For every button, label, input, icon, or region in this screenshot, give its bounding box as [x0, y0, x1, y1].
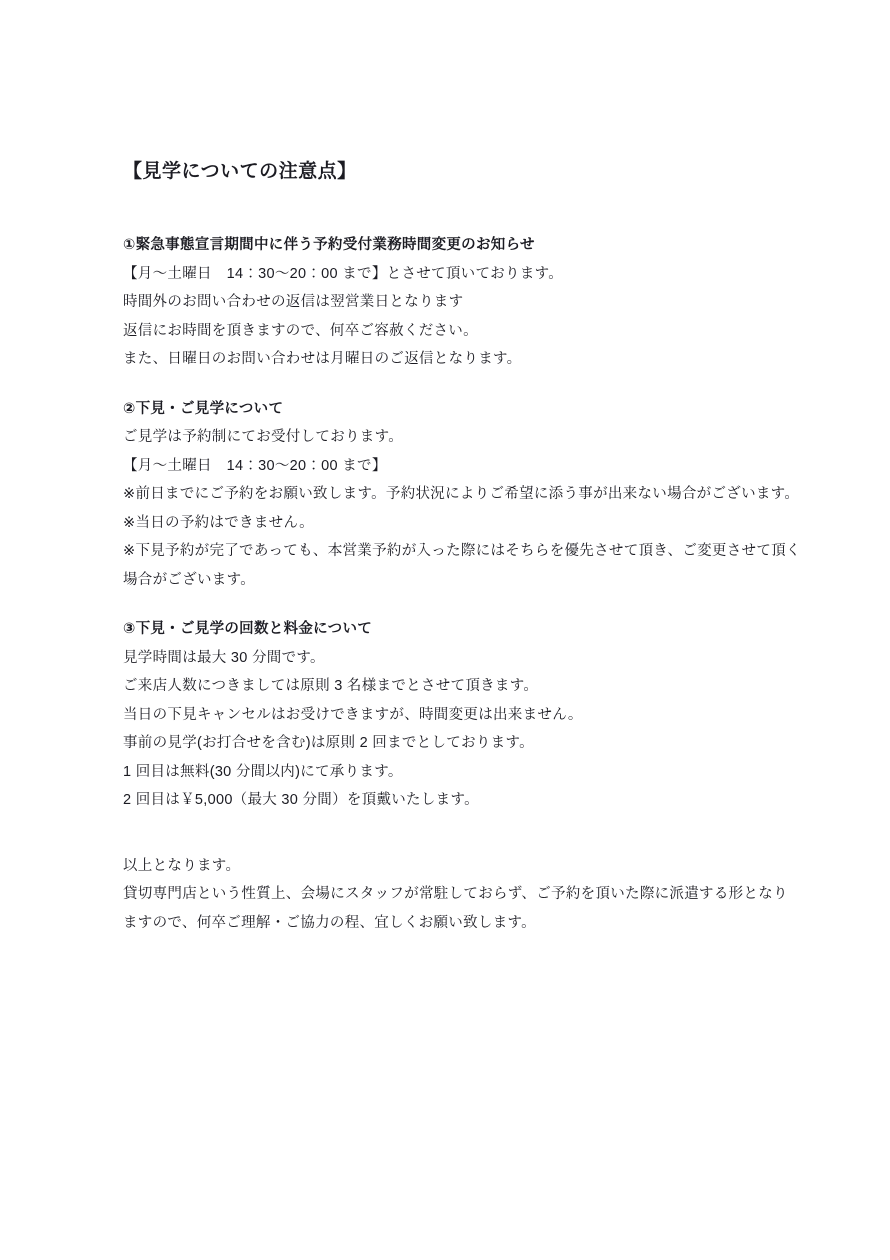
section-reception-hours: ①緊急事態宣言期間中に伴う予約受付業務時間変更のお知らせ 【月～土曜日 14：3…	[123, 231, 805, 374]
text-line: 返信にお時間を頂きますので、何卒ご容赦ください。	[123, 317, 801, 346]
text-line: ※前日までにご予約をお願い致します。予約状況によりご希望に添う事が出来ない場合が…	[123, 480, 801, 509]
text-line: 【月～土曜日 14：30～20：00 まで】とさせて頂いております。	[123, 260, 801, 289]
text-line: 貸切専門店という性質上、会場にスタッフが常駐しておらず、ご予約を頂いた際に派遣す…	[123, 880, 801, 937]
section-2-heading: ②下見・ご見学について	[123, 395, 805, 424]
closing-remarks: 以上となります。 貸切専門店という性質上、会場にスタッフが常駐しておらず、ご予約…	[123, 852, 805, 938]
text-line: ご見学は予約制にてお受付しております。	[123, 423, 801, 452]
document-page: 【見学についての注意点】 ①緊急事態宣言期間中に伴う予約受付業務時間変更のお知ら…	[0, 0, 890, 1260]
text-line: 当日の下見キャンセルはお受けできますが、時間変更は出来ません。	[123, 701, 801, 730]
section-1-heading: ①緊急事態宣言期間中に伴う予約受付業務時間変更のお知らせ	[123, 231, 805, 260]
text-line: ご来店人数につきましては原則 3 名様までとさせて頂きます。	[123, 672, 801, 701]
text-line: 2 回目は￥5,000（最大 30 分間）を頂戴いたします。	[123, 786, 801, 815]
text-line: また、日曜日のお問い合わせは月曜日のご返信となります。	[123, 345, 801, 374]
section-visit-count-fees: ③下見・ご見学の回数と料金について 見学時間は最大 30 分間です。 ご来店人数…	[123, 615, 805, 815]
text-line: ※当日の予約はできません。	[123, 509, 801, 538]
section-3-heading: ③下見・ご見学の回数と料金について	[123, 615, 805, 644]
text-line: 以上となります。	[123, 852, 801, 881]
text-line: 1 回目は無料(30 分間以内)にて承ります。	[123, 758, 801, 787]
text-line: 見学時間は最大 30 分間です。	[123, 644, 801, 673]
text-line: 【月～土曜日 14：30～20：00 まで】	[123, 452, 801, 481]
section-preview-visit: ②下見・ご見学について ご見学は予約制にてお受付しております。 【月～土曜日 1…	[123, 395, 805, 595]
page-title: 【見学についての注意点】	[123, 158, 805, 186]
text-line: 時間外のお問い合わせの返信は翌営業日となります	[123, 288, 801, 317]
text-line: ※下見予約が完了であっても、本営業予約が入った際にはそちらを優先させて頂き、ご変…	[123, 537, 801, 594]
text-line: 事前の見学(お打合せを含む)は原則 2 回までとしております。	[123, 729, 801, 758]
